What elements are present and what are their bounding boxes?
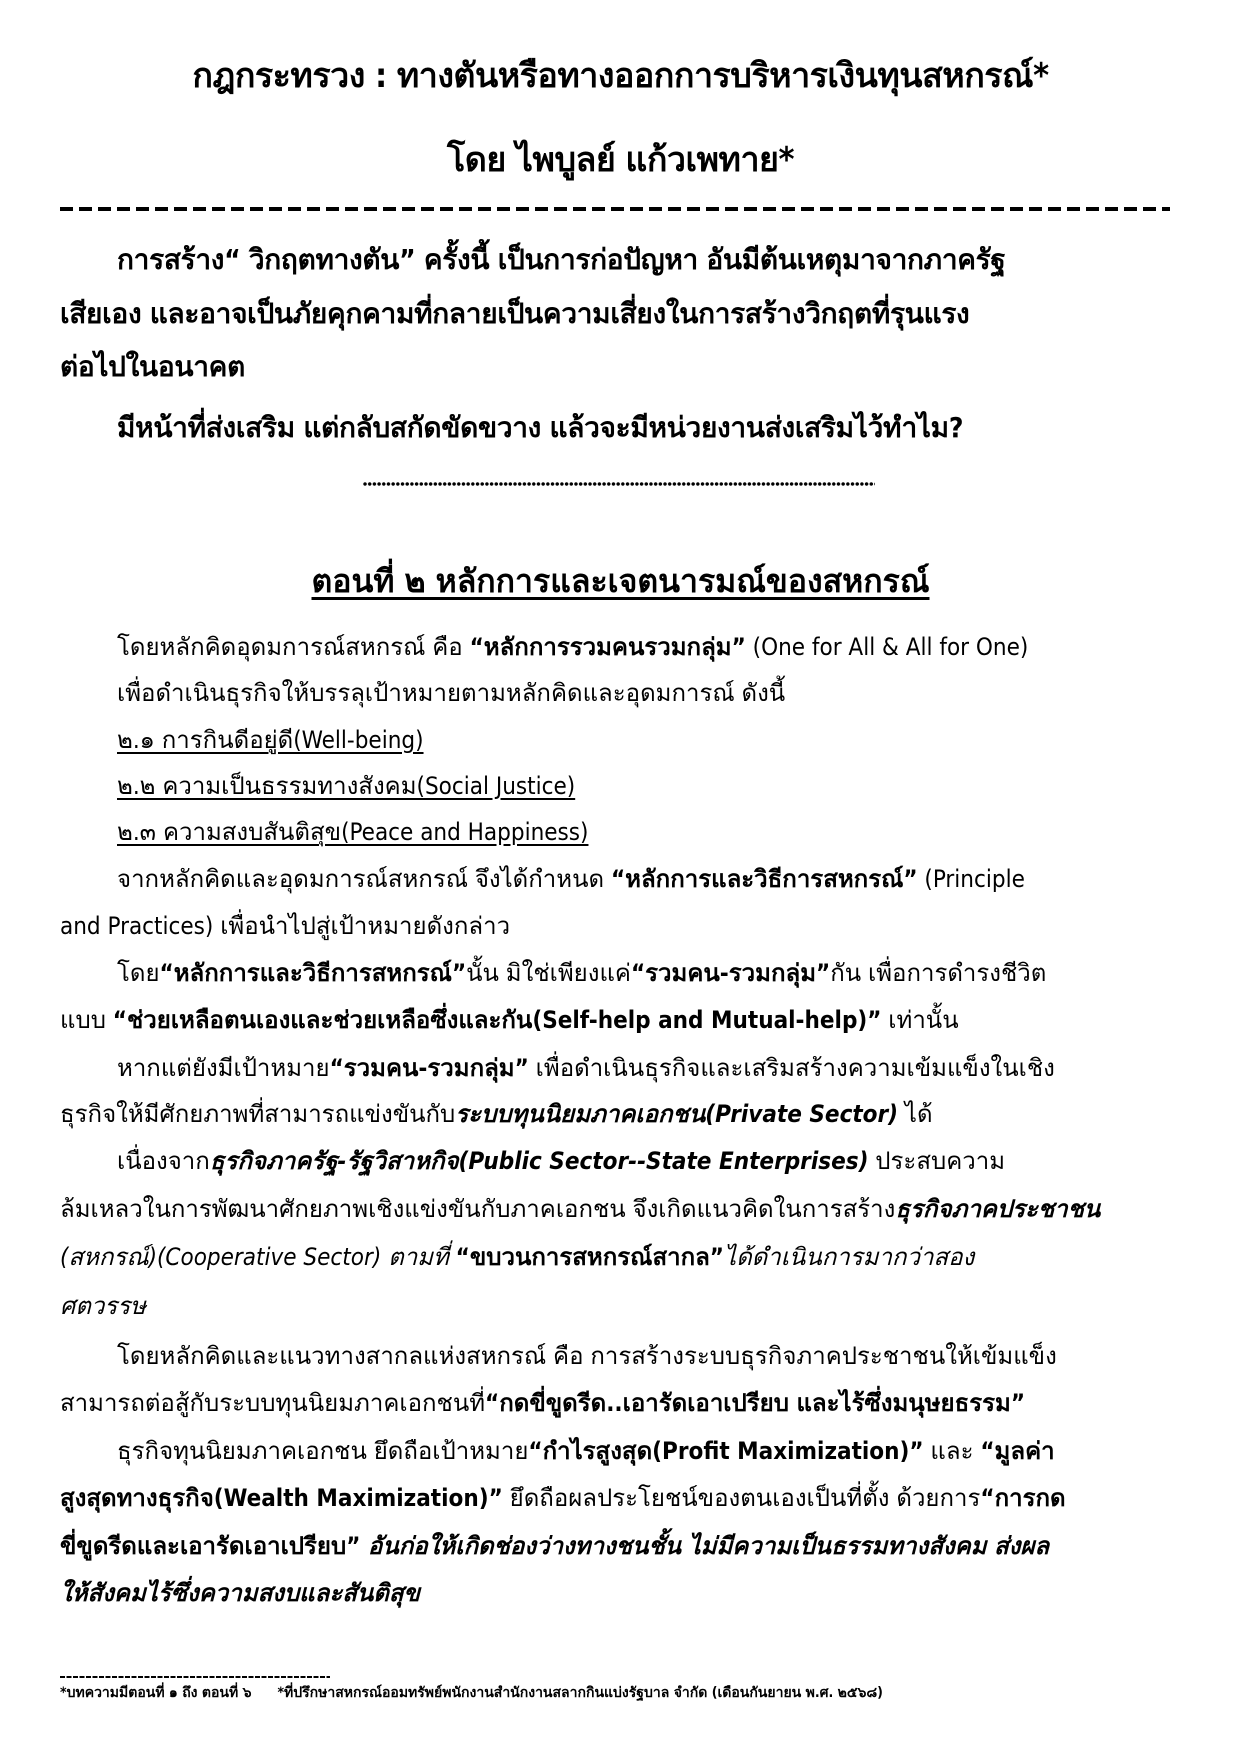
bold-term: “มูลค่า <box>980 1437 1054 1465</box>
intro-line-1: การสร้าง“ วิกฤตทางตัน” ครั้งนี้ เป็นการก… <box>117 238 1006 282</box>
paragraph-4-line-2: ธุรกิจให้มีศักยภาพที่สามารถแข่งขันกับระบ… <box>60 1094 933 1133</box>
bold-term: “รวมคน-รวมกลุ่ม” <box>631 959 830 987</box>
bold-term: “ขบวนการสหกรณ์สากล” <box>456 1243 724 1271</box>
goal-item-3: ๒.๓ ความสงบสันติสุข(Peace and Happiness) <box>117 812 588 851</box>
text: หากแต่ยังมีเป้าหมาย <box>117 1054 330 1082</box>
italic-text: (สหกรณ์)(Cooperative Sector) ตามที่ <box>60 1243 456 1271</box>
text: เนื่องจาก <box>117 1147 210 1175</box>
text: โดยหลักคิดอุดมการณ์สหกรณ์ คือ <box>117 633 470 661</box>
text: แบบ <box>60 1006 113 1034</box>
italic-text: ได้ดำเนินการมากว่าสอง <box>724 1243 974 1271</box>
text: เพื่อดำเนินธุรกิจและเสริมสร้างความเข้มแข… <box>529 1054 1055 1082</box>
paragraph-5-line-1: เนื่องจากธุรกิจภาครัฐ-รัฐวิสาหกิจ(Public… <box>117 1141 1005 1180</box>
dotted-divider <box>363 482 875 487</box>
bold-term: สูงสุดทางธุรกิจ(Wealth Maximization)” <box>60 1484 503 1512</box>
footnotes: *บทความมีตอนที่ ๑ ถึง ตอนที่ ๖*ที่ปรึกษา… <box>60 1682 883 1704</box>
text: โดย <box>117 959 160 987</box>
intro-question: มีหน้าที่ส่งเสริม แต่กลับสกัดขัดขวาง แล้… <box>117 406 963 450</box>
bold-italic-term: ธุรกิจภาคประชาชน <box>895 1195 1100 1223</box>
text: และ <box>924 1437 981 1465</box>
bold-term: “หลักการรวมคนรวมกลุ่ม” <box>470 633 746 661</box>
paragraph-7-line-2: สูงสุดทางธุรกิจ(Wealth Maximization)” ยึ… <box>60 1478 1066 1517</box>
text: (Principle <box>918 865 1025 893</box>
document-title: กฎกระทรวง : ทางตันหรือทางออกการบริหารเงิ… <box>0 48 1241 102</box>
dashed-divider <box>60 207 1170 211</box>
bold-term: ขี่ขูดรีดและเอารัดเอาเปรียบ” <box>60 1532 360 1560</box>
paragraph-5-line-2: ล้มเหลวในการพัฒนาศักยภาพเชิงแข่งขันกับภา… <box>60 1189 1100 1228</box>
text: ล้มเหลวในการพัฒนาศักยภาพเชิงแข่งขันกับภา… <box>60 1195 895 1223</box>
text: นั้น มิใช่เพียงแค่ <box>466 959 631 987</box>
text: ได้ <box>898 1100 933 1128</box>
goal-item-2: ๒.๒ ความเป็นธรรมทางสังคม(Social Justice) <box>117 766 575 805</box>
paragraph-4-line-1: หากแต่ยังมีเป้าหมาย“รวมคน-รวมกลุ่ม” เพื่… <box>117 1048 1055 1087</box>
paragraph-3-line-2: แบบ “ช่วยเหลือตนเองและช่วยเหลือซึ่งและกั… <box>60 1000 959 1039</box>
bold-italic-term: ระบบทุนนิยมภาคเอกชน(Private Sector) <box>455 1100 898 1128</box>
intro-line-3: ต่อไปในอนาคต <box>60 345 245 389</box>
footnote-separator <box>60 1676 330 1678</box>
text: สามารถต่อสู้กับระบบทุนนิยมภาคเอกชนที่ <box>60 1389 485 1417</box>
paragraph-2-line-2: and Practices) เพื่อนำไปสู่เป้าหมายดังกล… <box>60 906 510 945</box>
bold-term: “กดขี่ขูดรีด..เอารัดเอาเปรียบ และไร้ซึ่ง… <box>485 1389 1025 1417</box>
paragraph-6-line-2: สามารถต่อสู้กับระบบทุนนิยมภาคเอกชนที่“กด… <box>60 1383 1025 1422</box>
author-byline: โดย ไพบูลย์ แก้วเพทาย* <box>0 132 1241 186</box>
bold-term: “กำไรสูงสุด(Profit Maximization)” <box>528 1437 923 1465</box>
text: เท่านั้น <box>881 1006 958 1034</box>
section-heading: ตอนที่ ๒ หลักการและเจตนารมณ์ของสหกรณ์ <box>0 556 1241 607</box>
text: กัน เพื่อการดำรงชีวิต <box>830 959 1046 987</box>
bold-term: “การกด <box>980 1484 1065 1512</box>
paragraph-6-line-1: โดยหลักคิดและแนวทางสากลแห่งสหกรณ์ คือ กา… <box>117 1336 1057 1375</box>
bold-term: “รวมคน-รวมกลุ่ม” <box>330 1054 529 1082</box>
text: (One for All & All for One) <box>746 633 1029 661</box>
document-page: กฎกระทรวง : ทางตันหรือทางออกการบริหารเงิ… <box>0 0 1241 1755</box>
paragraph-7-line-3: ขี่ขูดรีดและเอารัดเอาเปรียบ” อันก่อให้เก… <box>60 1526 1049 1565</box>
paragraph-2-line-1: จากหลักคิดและอุดมการณ์สหกรณ์ จึงได้กำหนด… <box>117 859 1025 898</box>
text: จากหลักคิดและอุดมการณ์สหกรณ์ จึงได้กำหนด <box>117 865 611 893</box>
paragraph-7-line-4: ให้สังคมไร้ซึ่งความสงบและสันติสุข <box>60 1573 420 1612</box>
intro-line-2: เสียเอง และอาจเป็นภัยคุกคามที่กลายเป็นคว… <box>60 292 969 336</box>
bold-term: “หลักการและวิธีการสหกรณ์” <box>611 865 918 893</box>
text: ธุรกิจให้มีศักยภาพที่สามารถแข่งขันกับ <box>60 1100 455 1128</box>
paragraph-1-line-1: โดยหลักคิดอุดมการณ์สหกรณ์ คือ “หลักการรว… <box>117 627 1028 666</box>
paragraph-1-line-2: เพื่อดำเนินธุรกิจให้บรรลุเป้าหมายตามหลัก… <box>117 673 785 712</box>
footnote-2: *ที่ปรึกษาสหกรณ์ออมทรัพย์พนักงานสำนักงาน… <box>277 1685 882 1701</box>
bold-term: “หลักการและวิธีการสหกรณ์” <box>160 959 467 987</box>
text: ยึดถือผลประโยชน์ของตนเองเป็นที่ตั้ง ด้วย… <box>503 1484 981 1512</box>
text: ธุรกิจทุนนิยมภาคเอกชน ยึดถือเป้าหมาย <box>117 1437 528 1465</box>
footnote-1: *บทความมีตอนที่ ๑ ถึง ตอนที่ ๖ <box>60 1685 251 1701</box>
goal-item-1: ๒.๑ การกินดีอยู่ดี(Well-being) <box>117 720 424 759</box>
paragraph-5-line-4: ศตวรรษ <box>60 1286 146 1325</box>
bold-italic-text: อันก่อให้เกิดช่องว่างทางชนชั้น ไม่มีความ… <box>360 1532 1049 1560</box>
paragraph-3-line-1: โดย“หลักการและวิธีการสหกรณ์”นั้น มิใช่เพ… <box>117 953 1046 992</box>
bold-term: “ช่วยเหลือตนเองและช่วยเหลือซึ่งและกัน(Se… <box>113 1006 882 1034</box>
paragraph-7-line-1: ธุรกิจทุนนิยมภาคเอกชน ยึดถือเป้าหมาย“กำไ… <box>117 1431 1055 1470</box>
paragraph-5-line-3: (สหกรณ์)(Cooperative Sector) ตามที่ “ขบว… <box>60 1237 974 1276</box>
text: ประสบความ <box>868 1147 1005 1175</box>
bold-italic-term: ธุรกิจภาครัฐ-รัฐวิสาหกิจ(Public Sector--… <box>210 1147 869 1175</box>
